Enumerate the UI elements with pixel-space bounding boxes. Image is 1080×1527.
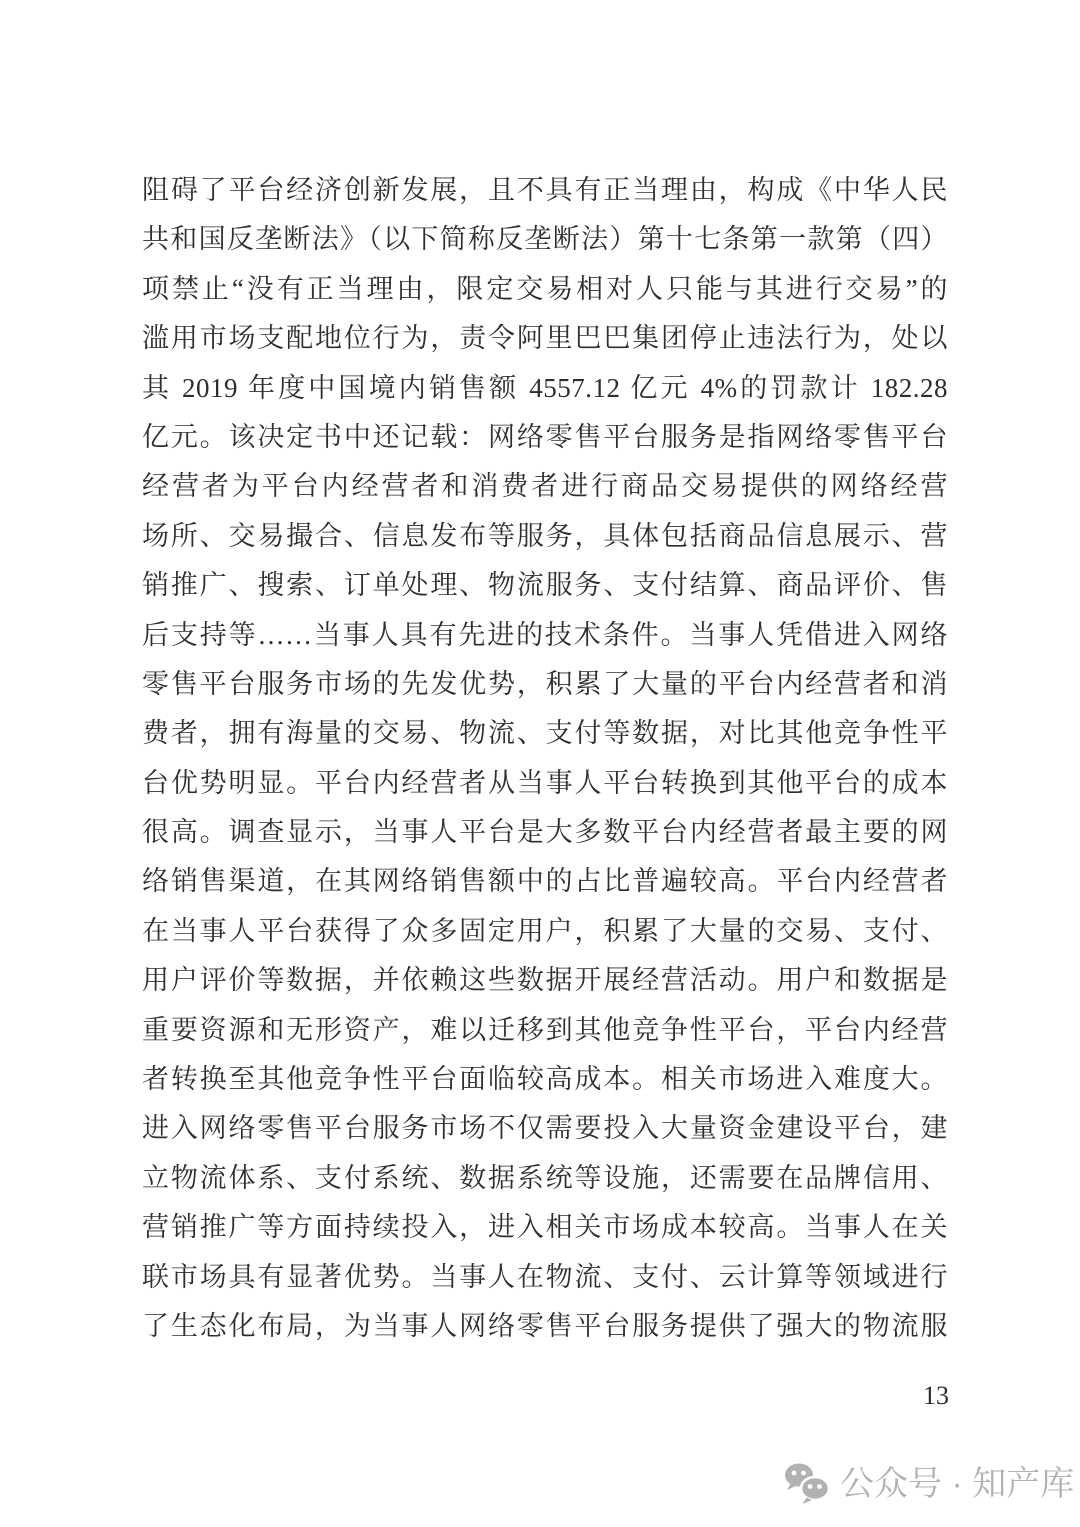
text-line: 场所、交易撮合、信息发布等服务，具体包括商品信息展示、营 (142, 512, 948, 561)
text-line: 络销售渠道，在其网络销售额中的占比普遍较高。平台内经营者 (142, 857, 948, 906)
page-number: 13 (896, 1381, 976, 1411)
text-line: 在当事人平台获得了众多固定用户，积累了大量的交易、支付、 (142, 907, 948, 956)
watermark-text: 公众号 · 知产库 (840, 1462, 1074, 1506)
text-line: 了生态化布局，为当事人网络零售平台服务提供了强大的物流服 (142, 1302, 948, 1351)
document-page: 阻碍了平台经济创新发展，且不具有正当理由，构成《中华人民 共和国反垄断法》（以下… (0, 0, 1080, 1527)
text-line: 进入网络零售平台服务市场不仅需要投入大量资金建设平台，建 (142, 1104, 948, 1153)
text-line: 营销推广等方面持续投入，进入相关市场成本较高。当事人在关 (142, 1203, 948, 1252)
text-line: 台优势明显。平台内经营者从当事人平台转换到其他平台的成本 (142, 759, 948, 808)
text-line: 费者，拥有海量的交易、物流、支付等数据，对比其他竞争性平 (142, 709, 948, 758)
text-line: 经营者为平台内经营者和消费者进行商品交易提供的网络经营 (142, 462, 948, 511)
text-line: 共和国反垄断法》（以下简称反垄断法）第十七条第一款第（四） (142, 215, 948, 264)
text-line: 项禁止“没有正当理由，限定交易相对人只能与其进行交易”的 (142, 265, 948, 314)
text-line: 零售平台服务市场的先发优势，积累了大量的平台内经营者和消 (142, 660, 948, 709)
text-line: 立物流体系、支付系统、数据系统等设施，还需要在品牌信用、 (142, 1154, 948, 1203)
text-line: 很高。调查显示，当事人平台是大多数平台内经营者最主要的网 (142, 808, 948, 857)
text-line: 阻碍了平台经济创新发展，且不具有正当理由，构成《中华人民 (142, 166, 948, 215)
text-line: 销推广、搜索、订单处理、物流服务、支付结算、商品评价、售 (142, 561, 948, 610)
text-line: 联市场具有显著优势。当事人在物流、支付、云计算等领域进行 (142, 1253, 948, 1302)
text-line: 后支持等……当事人具有先进的技术条件。当事人凭借进入网络 (142, 611, 948, 660)
text-line: 滥用市场支配地位行为，责令阿里巴巴集团停止违法行为，处以 (142, 314, 948, 363)
text-line: 者转换至其他竞争性平台面临较高成本。相关市场进入难度大。 (142, 1055, 948, 1104)
text-line: 其 2019 年度中国境内销售额 4557.12 亿元 4%的罚款计 182.2… (142, 364, 948, 413)
wechat-icon (784, 1462, 832, 1506)
text-line: 重要资源和无形资产，难以迁移到其他竞争性平台，平台内经营 (142, 1006, 948, 1055)
text-line: 用户评价等数据，并依赖这些数据开展经营活动。用户和数据是 (142, 956, 948, 1005)
document-body: 阻碍了平台经济创新发展，且不具有正当理由，构成《中华人民 共和国反垄断法》（以下… (142, 166, 948, 1351)
watermark: 公众号 · 知产库 (784, 1462, 1074, 1506)
text-line: 亿元。该决定书中还记载：网络零售平台服务是指网络零售平台 (142, 413, 948, 462)
